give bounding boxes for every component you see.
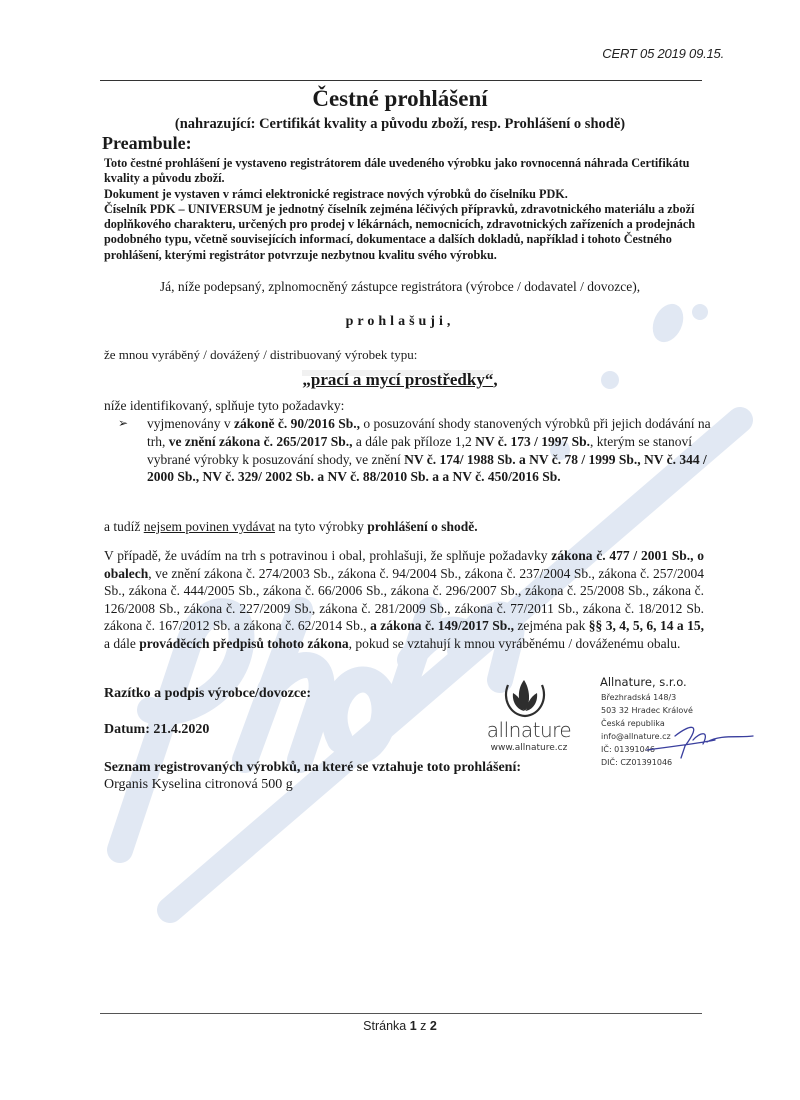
bold-text-run: zákoně č. 90/2016 Sb., (234, 416, 360, 431)
conclusion-middle: na tyto výrobky (275, 519, 367, 534)
registered-product-item: Organis Kyselina citronová 500 g (104, 777, 293, 793)
stamp-signature-label: Razítko a podpis výrobce/dovozce: (104, 686, 311, 702)
address-line: Březhradská 148/3 (601, 691, 693, 704)
conclusion-statement: a tudíž nejsem povinen vydávat na tyto v… (104, 519, 478, 535)
document-title: Čestné prohlášení (0, 86, 800, 112)
total-pages: 2 (430, 1019, 437, 1033)
company-name: Allnature, s.r.o. (600, 675, 687, 689)
text-run: a dále pak příloze 1,2 (353, 434, 476, 449)
preamble-heading: Preambule: (102, 133, 192, 154)
requirement-item: ➢ vyjmenovány v zákoně č. 90/2016 Sb., o… (118, 415, 718, 486)
product-type-value: „prací a mycí prostředky“ (302, 370, 493, 389)
current-page: 1 (410, 1019, 417, 1033)
document-subtitle: (nahrazující: Certifikát kvality a původ… (0, 116, 800, 133)
arrow-bullet-icon: ➢ (118, 415, 128, 433)
preamble-text: Toto čestné prohlášení je vystaveno regi… (104, 156, 724, 263)
product-type-intro: že mnou vyráběný / dovážený / distribuov… (104, 347, 417, 363)
bold-text-run: ve znění zákona č. 265/2017 Sb., (169, 434, 353, 449)
text-run: zejména pak (514, 618, 589, 633)
text-run: vyjmenovány v (147, 416, 234, 431)
conclusion-bold: prohlášení o shodě. (367, 519, 477, 534)
registered-products-heading: Seznam registrovaných výrobků, na které … (104, 760, 521, 776)
conclusion-underlined: nejsem povinen vydávat (144, 519, 275, 534)
address-line: 503 32 Hradec Králové (601, 704, 693, 717)
page-indicator: Stránka 1 z 2 (0, 1019, 800, 1033)
allnature-leaf-logo-icon (500, 677, 550, 719)
date-label: Datum: 21.4.2020 (104, 722, 209, 738)
company-stamp: allnature www.allnature.cz Allnature, s.… (470, 672, 740, 772)
preamble-paragraph: Dokument je vystaven v rámci elektronick… (104, 187, 724, 202)
bold-text-run: §§ 3, 4, 5, 6, 14 a 15, (589, 618, 704, 633)
product-type: „prací a mycí prostředky“, (0, 370, 800, 390)
preamble-paragraph: Číselník PDK – UNIVERSUM je jednotný čís… (104, 202, 724, 263)
text-run: V případě, že uvádím na trh s potravinou… (104, 548, 551, 563)
of-word: z (420, 1019, 426, 1033)
bold-text-run: NV č. 173 / 1997 Sb. (475, 434, 590, 449)
conclusion-prefix: a tudíž (104, 519, 144, 534)
page-word: Stránka (363, 1019, 406, 1033)
identified-statement: níže identifikovaný, splňuje tyto požada… (104, 398, 344, 414)
text-run: a dále (104, 636, 139, 651)
allnature-wordmark: allnature (470, 718, 588, 742)
declarant-statement: Já, níže podepsaný, zplnomocněný zástupc… (0, 279, 800, 295)
bold-text-run: a zákona č. 149/2017 Sb., (370, 618, 514, 633)
text-run: , pokud se vztahují k mnou vyráběnému / … (349, 636, 681, 651)
handwritten-signature (645, 720, 755, 760)
certificate-code: CERT 05 2019 09.15. (602, 46, 724, 61)
footer-divider (100, 1013, 702, 1014)
declare-word: prohlašuji, (0, 314, 800, 330)
packaging-statement: V případě, že uvádím na trh s potravinou… (104, 547, 704, 653)
header-divider (100, 80, 702, 81)
product-type-suffix: , (493, 370, 497, 389)
preamble-paragraph: Toto čestné prohlášení je vystaveno regi… (104, 156, 724, 187)
allnature-url: www.allnature.cz (470, 743, 588, 753)
requirement-text: vyjmenovány v zákoně č. 90/2016 Sb., o p… (147, 415, 718, 486)
bold-text-run: prováděcích předpisů tohoto zákona (139, 636, 348, 651)
